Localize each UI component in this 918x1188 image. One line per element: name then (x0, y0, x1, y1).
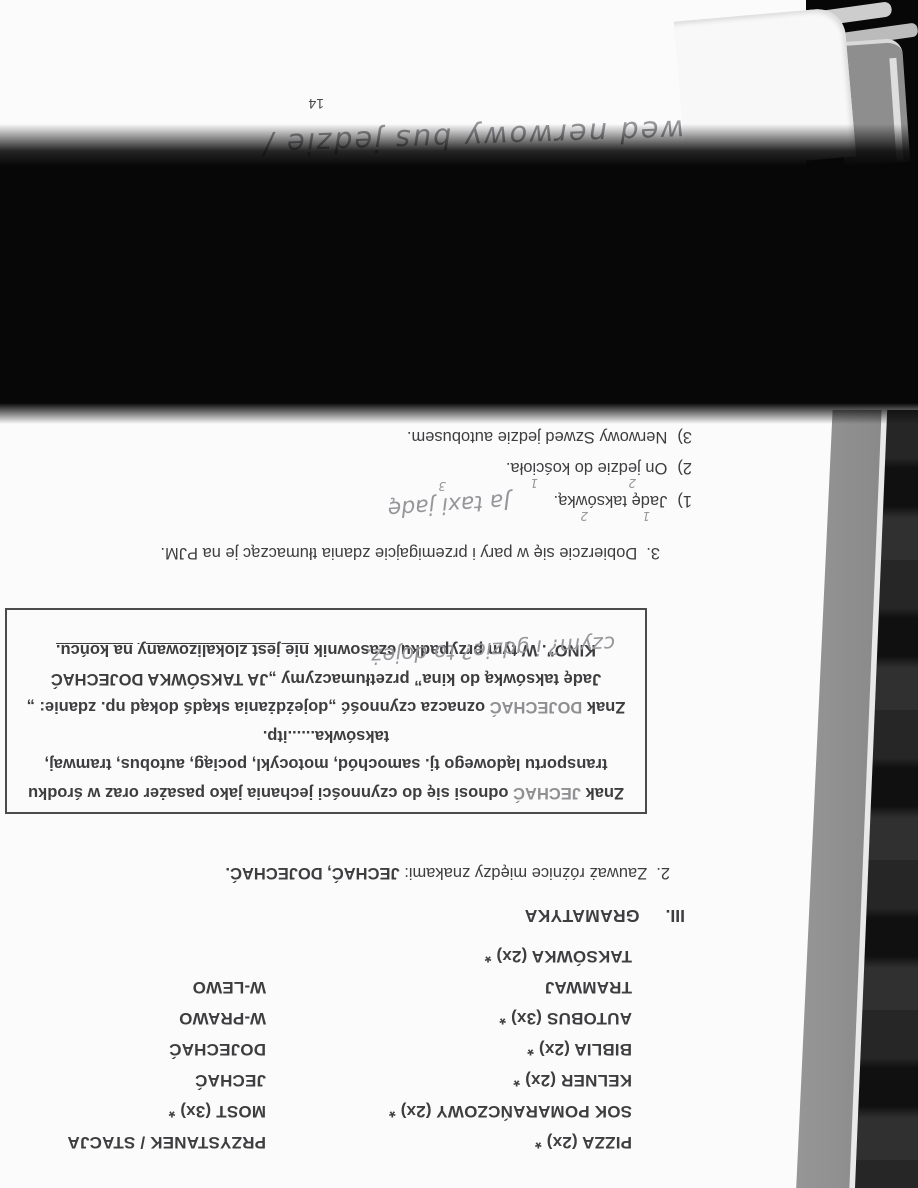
term-dojechac: DOJECHAĆ (490, 699, 583, 717)
handwritten-translation: Ja taxi jadę (387, 488, 511, 521)
sentence-3: 3)Nerwowy Szwed jedzie autobusem. (407, 427, 692, 446)
sentence-2: 2)On jedzie do kościoła. 2 1 3 (506, 458, 692, 477)
vocab-row: TAKSÓWKA (2x) * (0, 935, 850, 966)
grammar-paragraph: Znak JECHAĆ odnosi się do czynności jech… (25, 722, 627, 808)
sentence-1: 1)Jadę taksówką. 1 2 Ja taxi jadę (554, 491, 692, 510)
vocab-term: W-LEWO (192, 977, 266, 997)
sentence-number: 3) (677, 428, 692, 446)
scanned-page: PIZZA (2x) * PRZYSTANEK / STACJA SOK POM… (0, 0, 918, 1188)
exercise-text: Dobierzcie się w pary i przemigajcie zda… (160, 544, 637, 562)
section-numeral: III. (666, 906, 685, 926)
text-segment: Znak (582, 699, 625, 717)
vocab-term: DOJECHAĆ (169, 1039, 266, 1059)
vocab-term: PIZZA (2x) * (535, 1132, 632, 1152)
vocab-term: KELNER (2x) * (513, 1070, 632, 1090)
text-segment (133, 642, 138, 660)
exercise-3: 3.Dobierzcie się w pary i przemigajcie z… (160, 543, 660, 562)
term-jechac: JECHAĆ (513, 784, 581, 802)
vocab-term: TRAMWAJ (545, 977, 632, 997)
underlined-text: na końcu. (56, 642, 133, 660)
exercise-emphasis: JECHAĆ, DOJECHAĆ. (225, 864, 399, 882)
vocab-row: SOK POMARAŃCZOWY (2x) * MOST (3x) * (0, 1090, 850, 1121)
vocab-term: SOK POMARAŃCZOWY (2x) * (389, 1101, 632, 1121)
pencil-mark: 2 (628, 476, 636, 490)
sentence-number: 2) (677, 459, 692, 477)
section-heading: III.GRAMATYKA (524, 905, 685, 926)
vocab-term: AUTOBUS (3x) * (499, 1008, 632, 1028)
grammar-box: Znak JECHAĆ odnosi się do czynności jech… (5, 608, 647, 814)
vocab-term: TAKSÓWKA (2x) * (485, 946, 633, 966)
vocab-term: PRZYSTANEK / STACJA (67, 1132, 266, 1152)
sentence-text: Nerwowy Szwed jedzie autobusem. (407, 428, 667, 446)
vocab-term: JECHAĆ (195, 1070, 266, 1090)
vocab-row: KELNER (2x) * JECHAĆ (0, 1059, 850, 1090)
pencil-mark: 1 (530, 476, 538, 490)
document-content: PIZZA (2x) * PRZYSTANEK / STACJA SOK POM… (0, 415, 850, 1188)
black-scan-band (0, 124, 918, 424)
vocab-list: PIZZA (2x) * PRZYSTANEK / STACJA SOK POM… (0, 935, 850, 1152)
vocab-term: W-PRAWO (179, 1008, 266, 1028)
exercise-text: Zauważ różnice między znakami: (400, 864, 648, 882)
pencil-mark: 1 (642, 509, 650, 523)
vocab-term: MOST (3x) * (168, 1101, 266, 1121)
exercise-number: 3. (646, 544, 660, 562)
underlined-text: nie jest zlokalizowany (138, 642, 309, 660)
exercise-number: 2. (656, 864, 670, 882)
sentence-text: Jadę taksówką. (554, 492, 668, 510)
vocab-row: PIZZA (2x) * PRZYSTANEK / STACJA (0, 1121, 850, 1152)
pencil-mark: 2 (580, 509, 588, 523)
vocab-term: BIBLIA (2x) * (527, 1039, 632, 1059)
vocab-row: BIBLIA (2x) * DOJECHAĆ (0, 1028, 850, 1059)
vocab-row: TRAMWAJ W-LEWO (0, 966, 850, 997)
section-title: GRAMATYKA (524, 906, 639, 926)
text-segment: Znak (581, 784, 624, 802)
sentence-text: On jedzie do kościoła. (506, 459, 667, 477)
sentence-number: 1) (677, 492, 692, 510)
vocab-row: AUTOBUS (3x) * W-PRAWO (0, 997, 850, 1028)
pencil-mark: 3 (438, 479, 446, 493)
page-number: 14 (308, 96, 324, 112)
exercise-2: 2.Zauważ różnice między znakami: JECHAĆ,… (225, 863, 670, 882)
